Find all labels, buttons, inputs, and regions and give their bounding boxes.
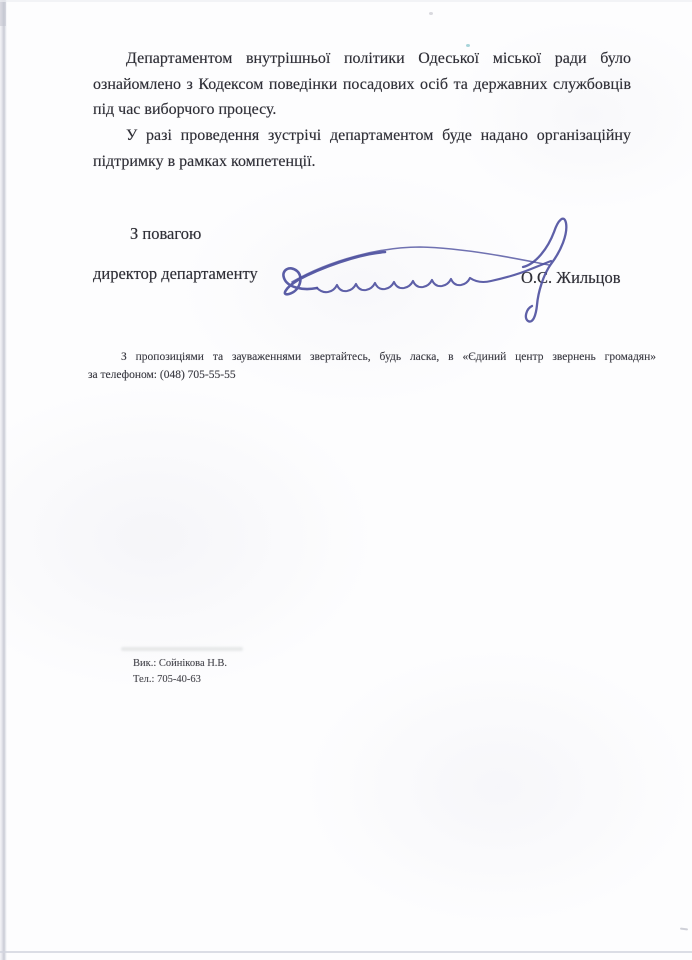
executor-block: Вик.: Сойнікова Н.В. Тел.: 705-40-63	[133, 656, 227, 688]
scan-edge-left	[0, 0, 7, 960]
scan-speck	[680, 927, 688, 930]
scan-edge-corner	[0, 0, 6, 26]
contact-notice: З пропозиціями та зауваженнями звертайте…	[88, 348, 656, 384]
paragraph-2: У разі проведення зустрічі департаментом…	[93, 123, 631, 174]
notice-line: за телефоном: (048) 705-55-55	[88, 366, 656, 384]
executor-name: Вик.: Сойнікова Н.В.	[133, 656, 227, 672]
body-line: підтримку в рамках компетенції.	[93, 149, 631, 175]
body-line: У разі проведення зустрічі департаментом…	[93, 123, 631, 149]
notice-line: З пропозиціями та зауваженнями звертайте…	[88, 348, 656, 366]
scan-edge-top	[0, 0, 692, 2]
scanned-letter-page: Департаментом внутрішньої політики Одесь…	[0, 0, 692, 960]
signer-title: директор департаменту	[93, 264, 258, 284]
letter-body: Департаментом внутрішньої політики Одесь…	[93, 46, 631, 175]
closing-salutation: З повагою	[130, 224, 201, 244]
signature-stroke	[317, 261, 551, 292]
body-line: ознайомлено з Кодексом поведінки посадов…	[93, 72, 631, 98]
body-line: під час виборчого процесу.	[93, 97, 631, 123]
scan-smudge	[121, 647, 243, 651]
scan-speck	[429, 12, 433, 15]
scan-edge-bottom-line	[0, 951, 692, 953]
body-line: Департаментом внутрішньої політики Одесь…	[93, 46, 631, 72]
executor-phone: Тел.: 705-40-63	[133, 672, 227, 688]
handwritten-signature-icon	[268, 204, 590, 334]
paragraph-1: Департаментом внутрішньої політики Одесь…	[93, 46, 631, 123]
